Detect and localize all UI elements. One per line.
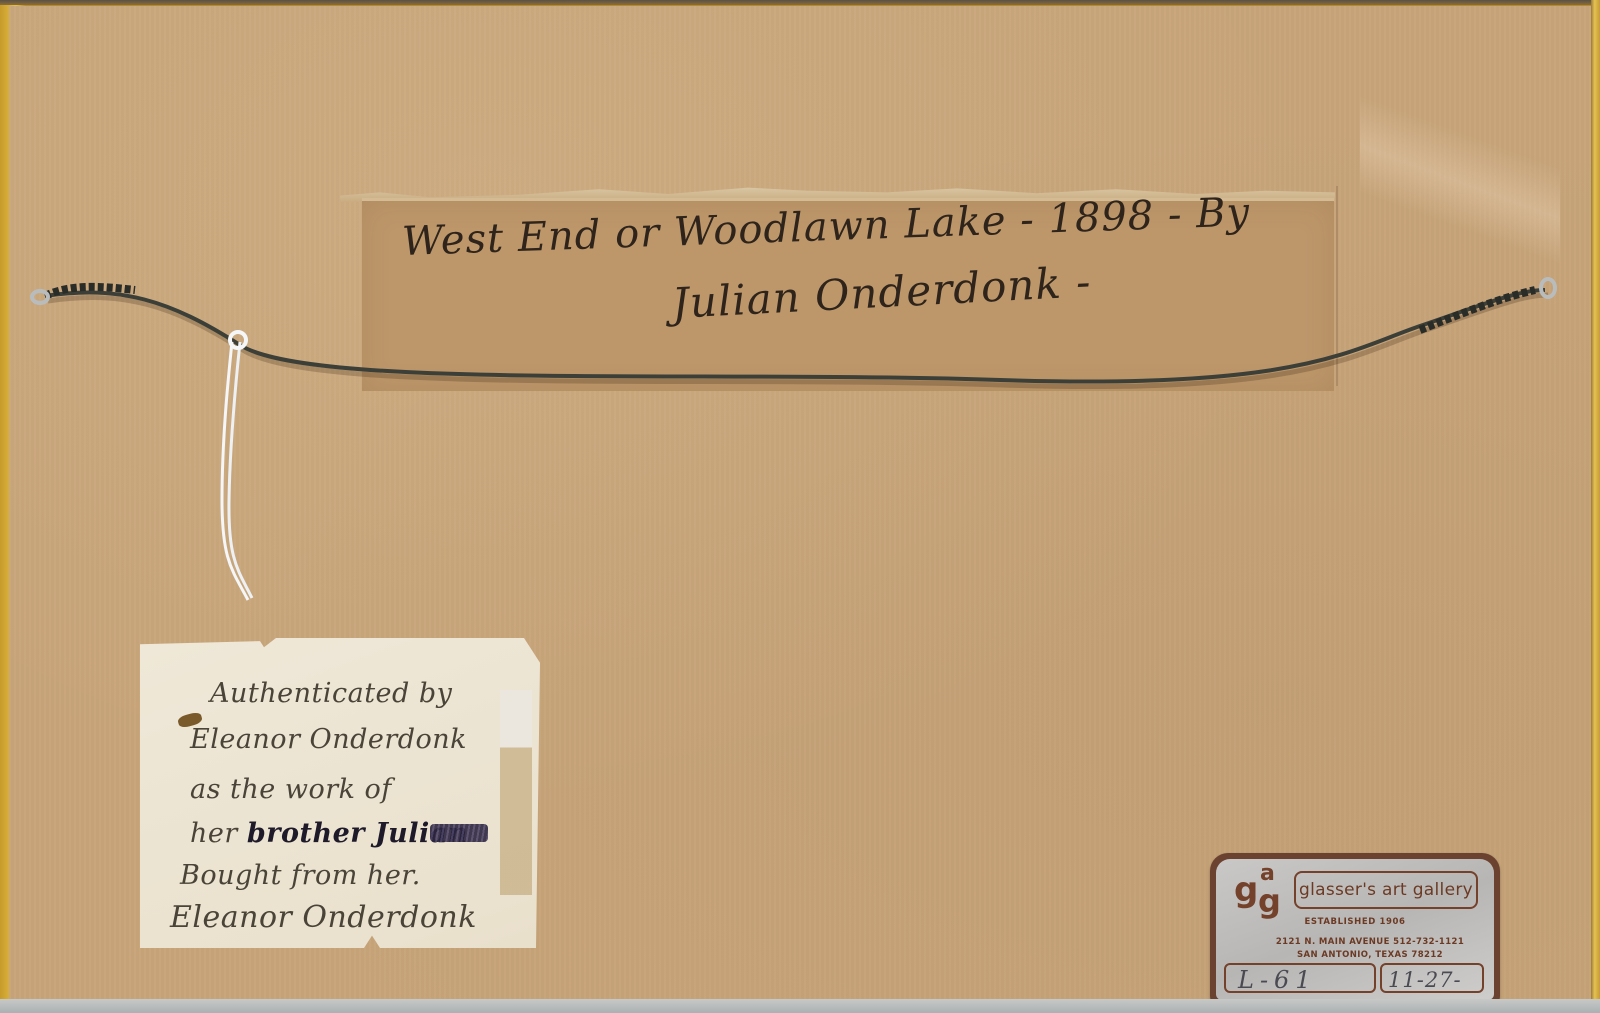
stock-number-field: L-61: [1224, 963, 1376, 993]
right-screw-eye: [1540, 276, 1558, 294]
note-line: as the work of: [190, 774, 392, 805]
title-label: West End or Woodlawn Lake - 1898 - By Ju…: [362, 198, 1334, 391]
note-signature: Eleanor Onderdonk: [170, 900, 477, 935]
white-string: [214, 332, 262, 602]
frame-right-edge: [1591, 0, 1600, 1001]
note-line: Bought from her.: [180, 860, 421, 891]
frame-bottom-edge: [0, 999, 1600, 1013]
gallery-sticker: g a g glasser's art gallery ESTABLISHED …: [1210, 853, 1500, 1006]
logo-letter: g: [1234, 873, 1258, 907]
note-line: Authenticated by: [210, 678, 452, 709]
title-line-2: Julian Onderdonk -: [671, 257, 1093, 328]
logo-letter: g: [1258, 885, 1281, 917]
frame-top-edge: [0, 0, 1600, 5]
sticker-face: g a g glasser's art gallery ESTABLISHED …: [1216, 859, 1494, 1000]
note-word-her: her: [190, 818, 238, 849]
gallery-logo-icon: g a g: [1234, 869, 1290, 917]
note-line: Eleanor Onderdonk: [190, 724, 467, 755]
address-line-1: 2121 N. MAIN AVENUE 512-732-1121: [1256, 936, 1484, 949]
date-field: 11-27-79: [1380, 963, 1484, 993]
ink-scribble: [430, 824, 488, 842]
tape-right: [500, 690, 532, 895]
title-line-1: West End or Woodlawn Lake - 1898 - By: [401, 189, 1251, 265]
note-line: her brother Julian: [190, 818, 468, 849]
paper-seam: [1336, 186, 1338, 386]
address-line-2: SAN ANTONIO, TEXAS 78212: [1256, 949, 1484, 962]
left-screw-eye: [32, 280, 50, 298]
authentication-note: Authenticated by Eleanor Onderdonk as th…: [140, 638, 540, 948]
established-text: ESTABLISHED 1906: [1216, 917, 1494, 927]
gallery-name: glasser's art gallery: [1294, 871, 1478, 909]
gallery-address: 2121 N. MAIN AVENUE 512-732-1121 SAN ANT…: [1256, 936, 1484, 962]
